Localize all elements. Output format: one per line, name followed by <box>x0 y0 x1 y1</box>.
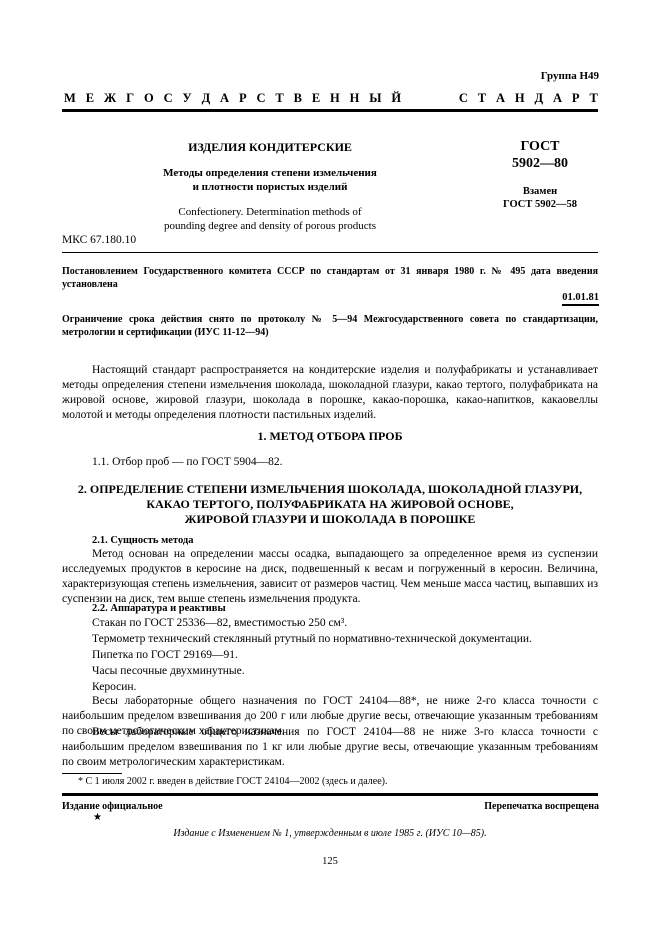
banner-letter: А <box>220 91 229 106</box>
footnote-rule <box>62 773 122 774</box>
banner-letter: М <box>64 91 76 106</box>
apparatus-item: Стакан по ГОСТ 25336—82, вместимостью 25… <box>92 616 347 631</box>
section-2-heading-line-2: КАКАО ТЕРТОГО, ПОЛУФАБРИКАТА НА ЖИРОВОЙ … <box>62 497 598 512</box>
banner-letter: Й <box>391 91 401 106</box>
section-2-1-text: Метод основан на определении массы осадк… <box>62 547 598 607</box>
section-2-2-heading: 2.2. Аппаратура и реактивы <box>92 603 226 614</box>
footer-rule <box>62 793 598 796</box>
english-title-line-1: Confectionery. Determination methods of <box>150 205 390 219</box>
banner-letter: С <box>256 91 265 106</box>
apparatus-item: Термометр технический стеклянный ртутный… <box>92 632 532 647</box>
banner-letter: Т <box>589 91 597 106</box>
apparatus-item: Пипетка по ГОСТ 29169—91. <box>92 648 238 663</box>
gost-label: ГОСТ <box>480 138 600 155</box>
section-2-heading: 2. ОПРЕДЕЛЕНИЕ СТЕПЕНИ ИЗМЕЛЬЧЕНИЯ ШОКОЛ… <box>62 482 598 527</box>
banner-letter: Р <box>239 91 247 106</box>
star-icon: ★ <box>93 812 102 823</box>
footnote: * С 1 июля 2002 г. введен в действие ГОС… <box>78 776 388 787</box>
scales-paragraph-2: Весы лабораторные общего назначения по Г… <box>62 725 598 770</box>
english-title-line-2: pounding degree and density of porous pr… <box>150 219 390 233</box>
replaces-label: Взамен <box>480 185 600 198</box>
section-1-1: 1.1. Отбор проб — по ГОСТ 5904—82. <box>92 455 282 470</box>
banner-letter: Н <box>330 91 340 106</box>
edition-note: Издание с Изменением № 1, утвержденным в… <box>62 828 598 839</box>
banner-letter: Р <box>572 91 580 106</box>
reprint-prohibited-label: Перепечатка воспрещена <box>484 801 599 812</box>
replaces-gost: ГОСТ 5902—58 <box>480 198 600 211</box>
banner-letter: Д <box>202 91 211 106</box>
apparatus-item: Керосин. <box>92 680 136 695</box>
banner-letter: Е <box>86 91 94 106</box>
banner-letter: А <box>496 91 505 106</box>
gost-number: 5902—80 <box>480 155 600 172</box>
page-number: 125 <box>62 856 598 867</box>
interstate-standard-banner: МЕЖГОСУДАРСТВЕННЫЙСТАНДАРТ <box>64 91 598 106</box>
banner-gap <box>411 91 449 106</box>
document-title: ИЗДЕЛИЯ КОНДИТЕРСКИЕ <box>150 140 390 155</box>
banner-letter: Е <box>312 91 320 106</box>
section-2-heading-line-1: 2. ОПРЕДЕЛЕНИЕ СТЕПЕНИ ИЗМЕЛЬЧЕНИЯ ШОКОЛ… <box>62 482 598 497</box>
banner-letter: Н <box>515 91 525 106</box>
document-subtitle: Методы определения степени измельчения и… <box>150 166 390 194</box>
banner-letter: Н <box>350 91 360 106</box>
banner-letter: Т <box>478 91 486 106</box>
apparatus-item: Часы песочные двухминутные. <box>92 664 245 679</box>
banner-letter: С <box>164 91 173 106</box>
intro-paragraph: Настоящий стандарт распространяется на к… <box>62 363 598 423</box>
banner-letter: О <box>144 91 154 106</box>
banner-letter: Д <box>535 91 544 106</box>
banner-letter: Т <box>275 91 283 106</box>
section-1-heading: 1. МЕТОД ОТБОРА ПРОБ <box>62 429 598 444</box>
subtitle-line-2: и плотности пористых изделий <box>150 180 390 194</box>
mks-code: МКС 67.180.10 <box>62 234 136 246</box>
limitation-note: Ограничение срока действия снято по прот… <box>62 313 598 339</box>
official-edition-label: Издание официальное <box>62 801 163 812</box>
section-2-heading-line-3: ЖИРОВОЙ ГЛАЗУРИ И ШОКОЛАДА В ПОРОШКЕ <box>62 512 598 527</box>
section-2-1-heading: 2.1. Сущность метода <box>92 535 193 546</box>
subtitle-line-1: Методы определения степени измельчения <box>150 166 390 180</box>
banner-letter: В <box>294 91 302 106</box>
effective-date: 01.01.81 <box>562 292 599 306</box>
banner-letter: А <box>553 91 562 106</box>
banner-letter: Ы <box>369 91 381 106</box>
english-title: Confectionery. Determination methods of … <box>150 205 390 233</box>
group-code: Группа Н49 <box>541 70 599 82</box>
banner-letter: С <box>459 91 468 106</box>
header-rule <box>62 109 598 112</box>
title-divider <box>62 252 598 253</box>
banner-letter: Ж <box>104 91 116 106</box>
banner-letter: У <box>183 91 192 106</box>
replaces-block: Взамен ГОСТ 5902—58 <box>480 185 600 211</box>
decree-text: Постановлением Государственного комитета… <box>62 265 598 291</box>
gost-designation: ГОСТ 5902—80 <box>480 138 600 172</box>
banner-letter: Г <box>126 91 134 106</box>
